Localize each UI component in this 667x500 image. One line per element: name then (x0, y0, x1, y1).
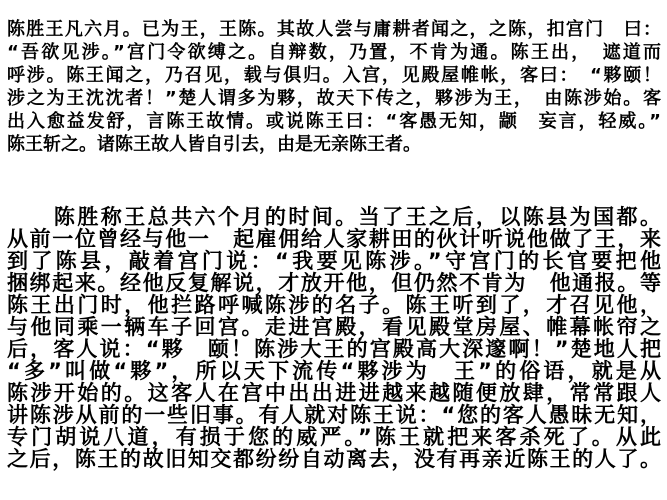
text-line: 陈胜王凡六月。已为王，王陈。其故人尝与庸耕者闻之，之陈，扣宫门 曰： (7, 18, 661, 41)
text-line: 陈王出门时，他拦路呼喊陈涉的名子。陈王听到了，才召见他， (7, 294, 661, 316)
text-line: 之后，陈王的故旧知交都纷纷自动离去，没有再亲近陈王的人了。 (7, 448, 661, 470)
text-line: “多”叫做“夥”，所以天下流传“夥涉为 王”的俗语，就是从 (7, 360, 661, 382)
text-line: 讲陈涉从前的一些旧事。有人就对陈王说：“您的客人愚昧无知， (7, 404, 661, 426)
text-line: 从前一位曾经与他一 起雇佣给人家耕田的伙计听说他做了王，来 (7, 228, 661, 250)
text-line: 捆绑起来。经他反复解说，才放开他，但仍然不肯为 他通报。等 (7, 272, 661, 294)
translation-paragraph: 陈胜称王总共六个月的时间。当了王之后，以陈县为国都。 从前一位曾经与他一 起雇佣… (7, 206, 661, 470)
text-line: 陈胜称王总共六个月的时间。当了王之后，以陈县为国都。 (7, 206, 661, 228)
text-line: “吾欲见涉。”宫门令欲缚之。自辩数，乃置，不肯为通。陈王出， 遮道而 (7, 41, 661, 64)
text-line: 专门胡说八道，有损于您的威严。”陈王就把来客杀死了。从此 (7, 426, 661, 448)
page: { "colors": { "background": "#ffffff", "… (0, 0, 667, 500)
text-line: 与他同乘一辆车子回宫。走进宫殿，看见殿堂房屋、帷幕帐帘之 (7, 316, 661, 338)
text-line: 呼涉。陈王闻之，乃召见，载与俱归。入宫，见殿屋帷帐，客曰： “夥颐！ (7, 64, 661, 87)
text-line: 陈王斩之。诸陈王故人皆自引去，由是无亲陈王者。 (7, 133, 661, 156)
text-line: 涉之为王沈沈者！”楚人谓多为夥，故天下传之，夥涉为王， 由陈涉始。客 (7, 87, 661, 110)
classical-text-paragraph: 陈胜王凡六月。已为王，王陈。其故人尝与庸耕者闻之，之陈，扣宫门 曰： “吾欲见涉… (7, 18, 661, 156)
text-line: 陈涉开始的。这客人在宫中出出进进越来越随便放肆，常常跟人 (7, 382, 661, 404)
text-line: 到了陈县，敲着宫门说：“我要见陈涉。”守宫门的长官要把他 (7, 250, 661, 272)
document: 陈胜王凡六月。已为王，王陈。其故人尝与庸耕者闻之，之陈，扣宫门 曰： “吾欲见涉… (0, 0, 667, 470)
text-line: 后，客人说：“夥 颐！陈涉大王的宫殿高大深邃啊！”楚地人把 (7, 338, 661, 360)
text-line: 出入愈益发舒，言陈王故情。或说陈王曰：“客愚无知，颛 妄言，轻威。” (7, 110, 661, 133)
